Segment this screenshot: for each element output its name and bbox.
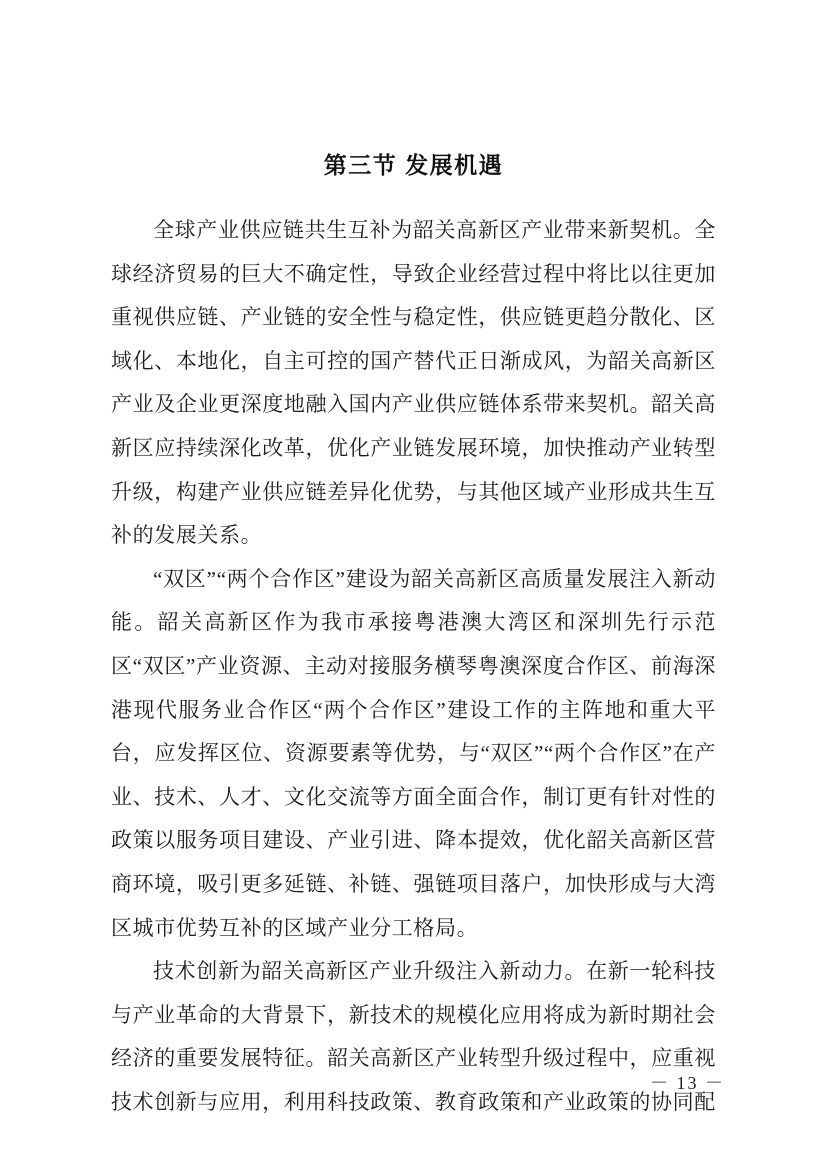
paragraph-global-supply-chain: 全球产业供应链共生互补为韶关高新区产业带来新契机。全球经济贸易的巨大不确定性，导… xyxy=(111,209,716,558)
paragraph-dual-zones-cooperation: “双区”“两个合作区”建设为韶关高新区高质量发展注入新动能。韶关高新区作为我市承… xyxy=(111,558,716,950)
text-column: 第三节 发展机遇 全球产业供应链共生互补为韶关高新区产业带来新契机。全球经济贸易… xyxy=(111,0,716,1124)
paragraph-technology-innovation: 技术创新为韶关高新区产业升级注入新动力。在新一轮科技与产业革命的大背景下，新技术… xyxy=(111,950,716,1124)
page-number: － 13 － xyxy=(650,1073,725,1093)
document-page: 第三节 发展机遇 全球产业供应链共生互补为韶关高新区产业带来新契机。全球经济贸易… xyxy=(0,0,827,1165)
section-title: 第三节 发展机遇 xyxy=(111,0,716,182)
